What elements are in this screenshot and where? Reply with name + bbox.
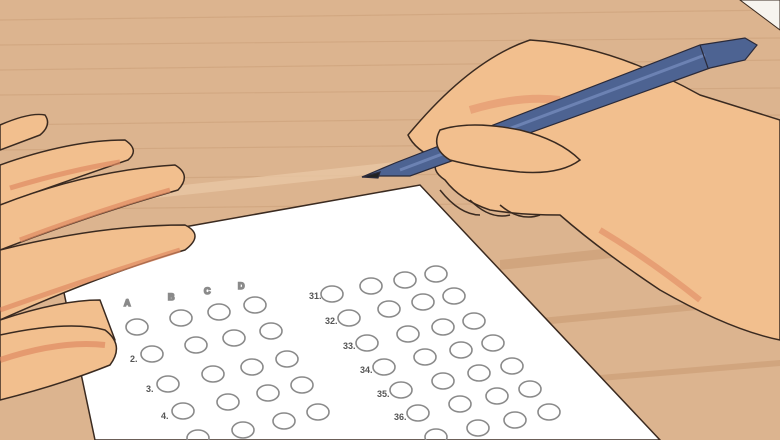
column-label-b: B bbox=[168, 292, 175, 302]
row-label-34: 34. bbox=[360, 365, 373, 375]
row-label-31: 31. bbox=[309, 291, 322, 301]
row-label-2: 2. bbox=[130, 354, 138, 364]
illustration-scene: A B C D 2. 3. 4. 31. 32. 33. 34. 35. 36. bbox=[0, 0, 780, 440]
row-label-4: 4. bbox=[161, 411, 169, 421]
column-label-c: C bbox=[204, 286, 211, 296]
row-label-35: 35. bbox=[377, 389, 390, 399]
row-label-36: 36. bbox=[394, 412, 407, 422]
row-label-3: 3. bbox=[146, 384, 154, 394]
row-label-33: 33. bbox=[343, 341, 356, 351]
scene-svg: A B C D 2. 3. 4. 31. 32. 33. 34. 35. 36. bbox=[0, 0, 780, 440]
column-label-d: D bbox=[238, 281, 245, 291]
column-label-a: A bbox=[124, 298, 131, 308]
row-label-32: 32. bbox=[325, 316, 338, 326]
